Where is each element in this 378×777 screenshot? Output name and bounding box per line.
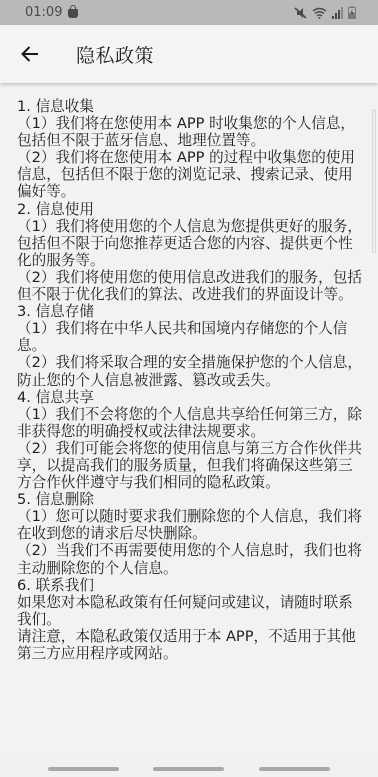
section-title: 6. 联系我们 bbox=[17, 577, 366, 594]
policy-item: （1）我们将在中华人民共和国境内存储您的个人信息。 bbox=[17, 320, 366, 354]
arrow-left-icon bbox=[21, 46, 39, 62]
navigation-bar bbox=[0, 755, 378, 777]
home-button[interactable] bbox=[153, 767, 224, 771]
status-right bbox=[294, 6, 356, 19]
section-title: 3. 信息存储 bbox=[17, 303, 366, 320]
policy-item: （2）我们将在您使用本 APP 的过程中收集您的使用信息，包括但不限于您的浏览记… bbox=[17, 149, 366, 200]
policy-item: （1）我们不会将您的个人信息共享给任何第三方，除非获得您的明确授权或法律法规要求… bbox=[17, 406, 366, 440]
section-title: 1. 信息收集 bbox=[17, 98, 366, 115]
policy-item: （2）我们将采取合理的安全措施保护您的个人信息，防止您的个人信息被泄露、篡改或丢… bbox=[17, 354, 366, 388]
back-button[interactable] bbox=[10, 34, 50, 74]
policy-item: （2）我们将使用您的使用信息改进我们的服务，包括但不限于优化我们的算法、改进我们… bbox=[17, 269, 366, 303]
battery-charging-icon bbox=[348, 6, 356, 19]
policy-item: （2）当我们不再需要使用您的个人信息时，我们也将主动删除您的个人信息。 bbox=[17, 542, 366, 576]
policy-item: （1）我们将使用您的个人信息为您提供更好的服务，包括但不限于向您推荐更适合您的内… bbox=[17, 218, 366, 269]
mute-icon bbox=[294, 7, 307, 19]
shopping-bag-icon bbox=[68, 9, 78, 18]
privacy-policy-content: 1. 信息收集 （1）我们将在您使用本 APP 时收集您的个人信息，包括但不限于… bbox=[0, 83, 378, 755]
recents-button[interactable] bbox=[48, 767, 119, 771]
notice-text: 请注意，本隐私政策仅适用于本 APP，不适用于其他第三方应用程序或网站。 bbox=[17, 628, 366, 662]
status-time: 01:09 bbox=[25, 5, 62, 20]
signal-icon bbox=[332, 7, 343, 19]
policy-item: （1）您可以随时要求我们删除您的个人信息，我们将在收到您的请求后尽快删除。 bbox=[17, 508, 366, 542]
system-back-button[interactable] bbox=[259, 767, 330, 771]
policy-item: （2）我们可能会将您的使用信息与第三方合作伙伴共享，以提高我们的服务质量，但我们… bbox=[17, 440, 366, 491]
status-left: 01:09 bbox=[25, 5, 78, 20]
status-bar: 01:09 bbox=[0, 0, 378, 25]
section-title: 4. 信息共享 bbox=[17, 389, 366, 406]
contact-text: 如果您对本隐私政策有任何疑问或建议，请随时联系我们。 bbox=[17, 594, 366, 628]
scrollbar[interactable] bbox=[372, 109, 376, 253]
policy-item: （1）我们将在您使用本 APP 时收集您的个人信息，包括但不限于蓝牙信息、地理位… bbox=[17, 115, 366, 149]
section-title: 5. 信息删除 bbox=[17, 491, 366, 508]
page-title: 隐私政策 bbox=[76, 41, 154, 68]
app-bar: 隐私政策 bbox=[0, 25, 378, 83]
section-title: 2. 信息使用 bbox=[17, 201, 366, 218]
wifi-icon bbox=[312, 7, 327, 19]
